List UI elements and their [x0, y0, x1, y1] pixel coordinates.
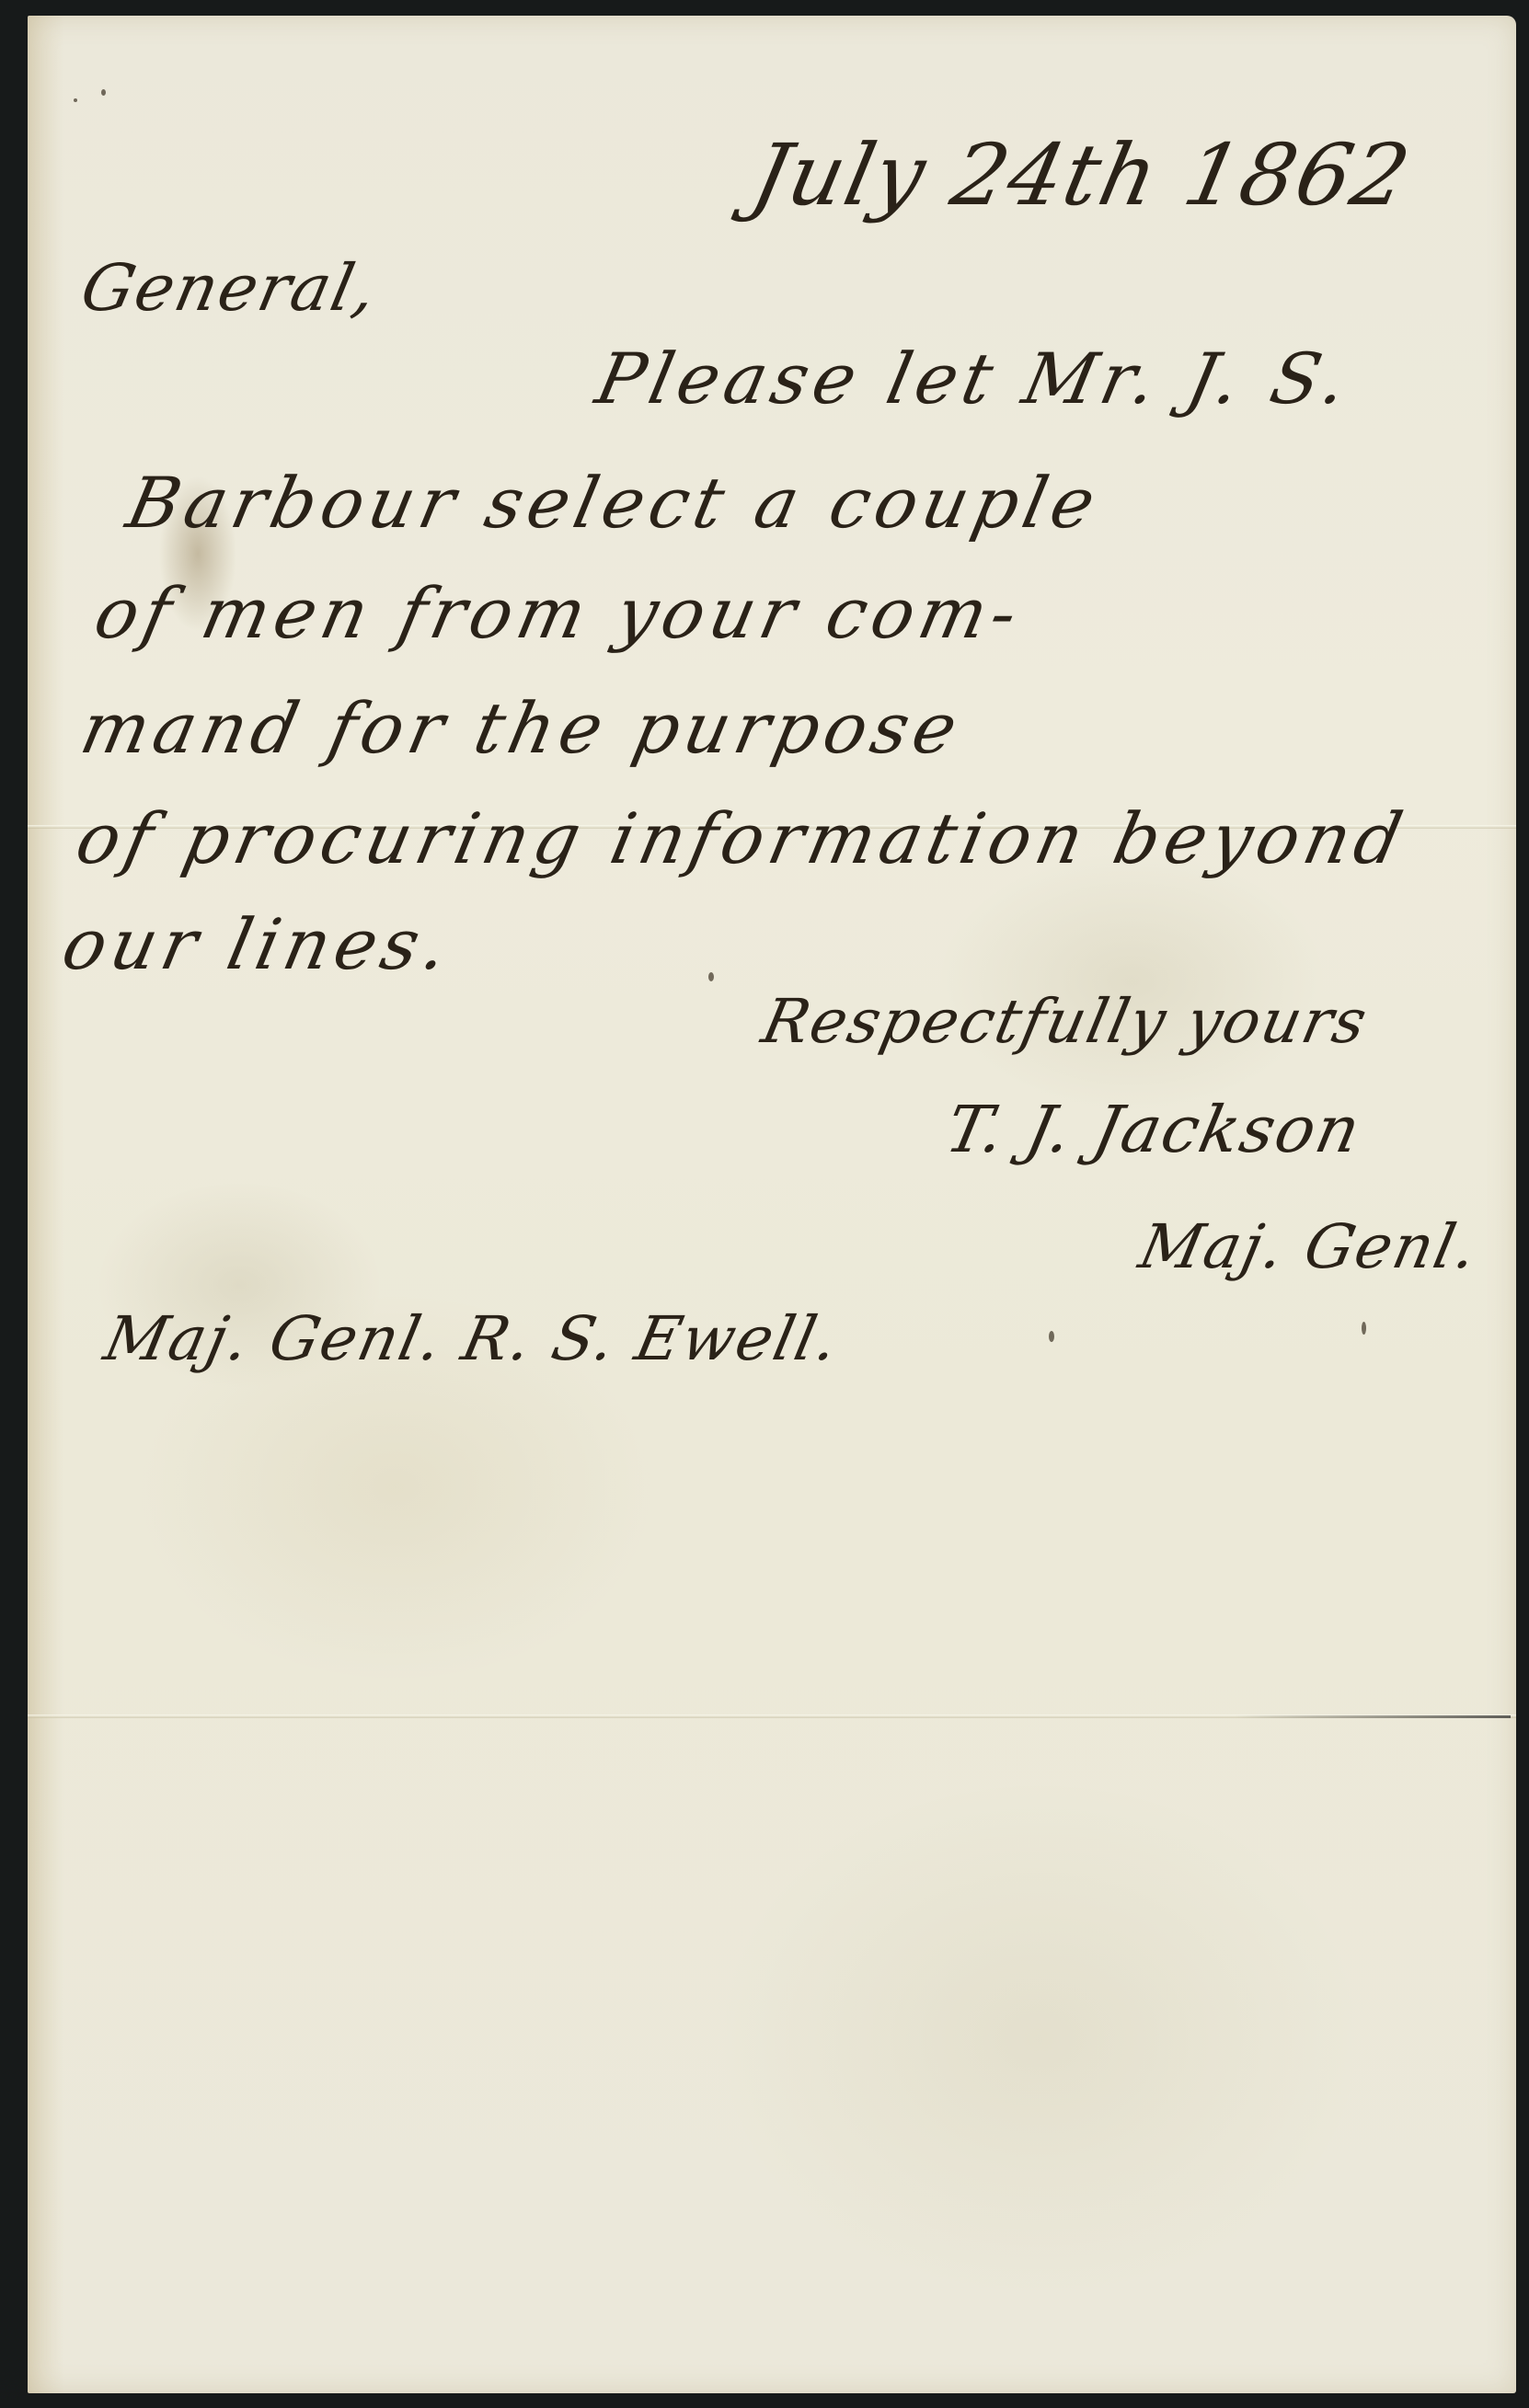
- body-line-3: of men from your com-: [88, 572, 1030, 654]
- signer-rank: Maj. Genl.: [1133, 1211, 1485, 1282]
- letter-salutation: General,: [75, 250, 385, 326]
- ink-speck: [708, 972, 714, 981]
- ink-speck: [101, 89, 106, 96]
- ink-speck: [74, 98, 77, 102]
- addressee: Maj. Genl. R. S. Ewell.: [98, 1303, 845, 1374]
- scanned-letter: July 24th 1862 General, Please let Mr. J…: [0, 0, 1529, 2408]
- body-line-6: our lines.: [56, 903, 461, 985]
- letter-date: July 24th 1862: [744, 126, 1420, 224]
- fold-tear: [1235, 1715, 1511, 1718]
- body-line-4: mand for the purpose: [75, 687, 970, 769]
- ink-speck: [1049, 1331, 1054, 1342]
- letter-closing: Respectfully yours: [756, 986, 1374, 1057]
- body-line-1: Please let Mr. J. S.: [590, 338, 1360, 419]
- body-line-2: Barbour select a couple: [121, 462, 1108, 544]
- signature: T. J. Jackson: [939, 1092, 1368, 1167]
- ink-speck: [1362, 1322, 1366, 1335]
- paper-sheet: July 24th 1862 General, Please let Mr. J…: [28, 16, 1516, 2393]
- body-line-5: of procuring information beyond: [70, 797, 1415, 879]
